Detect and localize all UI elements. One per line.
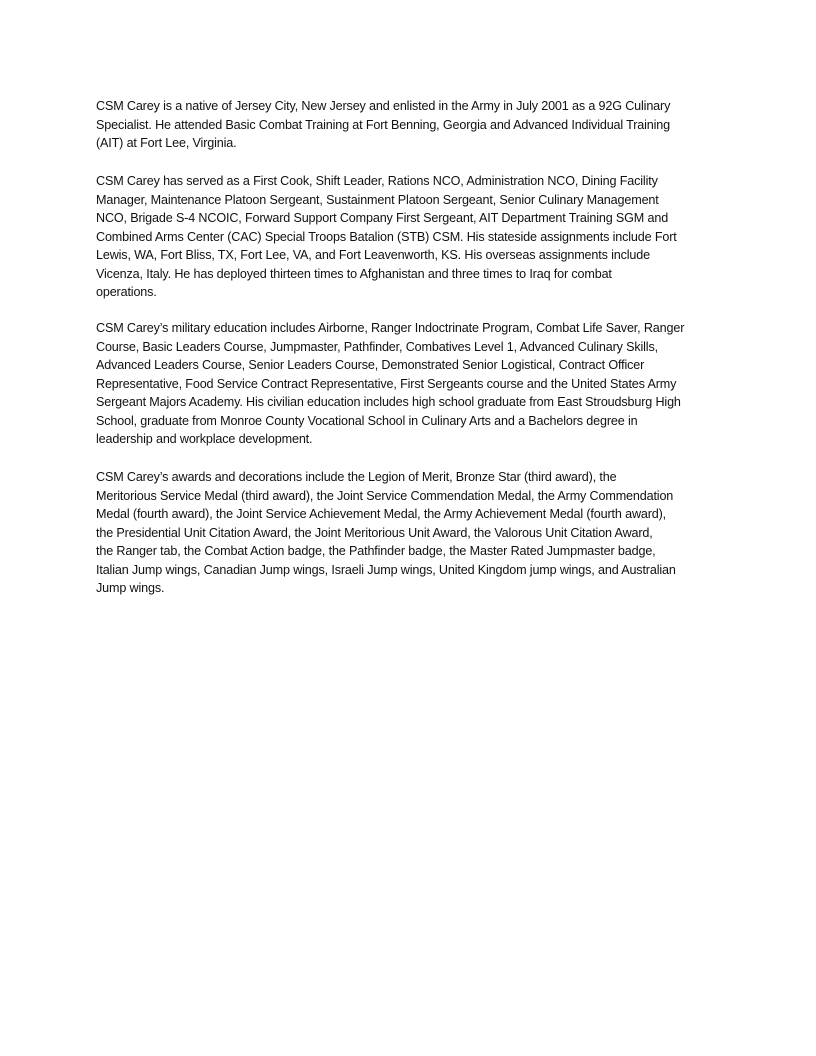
- text-line: CSM Carey is a native of Jersey City, Ne…: [96, 97, 736, 116]
- text-line: Lewis, WA, Fort Bliss, TX, Fort Lee, VA,…: [96, 246, 736, 265]
- paragraph-awards: CSM Carey’s awards and decorations inclu…: [96, 468, 736, 598]
- text-line: Sergeant Majors Academy. His civilian ed…: [96, 393, 736, 412]
- text-line: Manager, Maintenance Platoon Sergeant, S…: [96, 191, 736, 210]
- text-line: leadership and workplace development.: [96, 430, 736, 449]
- text-line: Representative, Food Service Contract Re…: [96, 375, 736, 394]
- text-line: Vicenza, Italy. He has deployed thirteen…: [96, 265, 736, 284]
- paragraph-background: CSM Carey is a native of Jersey City, Ne…: [96, 97, 736, 153]
- text-line: CSM Carey has served as a First Cook, Sh…: [96, 172, 736, 191]
- text-line: Meritorious Service Medal (third award),…: [96, 487, 736, 506]
- text-line: the Ranger tab, the Combat Action badge,…: [96, 542, 736, 561]
- paragraph-assignments: CSM Carey has served as a First Cook, Sh…: [96, 172, 736, 302]
- text-line: Combined Arms Center (CAC) Special Troop…: [96, 228, 736, 247]
- text-line: CSM Carey’s military education includes …: [96, 319, 736, 338]
- paragraph-education: CSM Carey’s military education includes …: [96, 319, 736, 449]
- text-line: Specialist. He attended Basic Combat Tra…: [96, 116, 736, 135]
- text-line: operations.: [96, 283, 736, 302]
- document-page: CSM Carey is a native of Jersey City, Ne…: [0, 0, 816, 1056]
- text-line: School, graduate from Monroe County Voca…: [96, 412, 736, 431]
- text-line: Medal (fourth award), the Joint Service …: [96, 505, 736, 524]
- text-line: CSM Carey’s awards and decorations inclu…: [96, 468, 736, 487]
- text-line: (AIT) at Fort Lee, Virginia.: [96, 134, 736, 153]
- text-line: NCO, Brigade S-4 NCOIC, Forward Support …: [96, 209, 736, 228]
- text-line: Jump wings.: [96, 579, 736, 598]
- text-line: Advanced Leaders Course, Senior Leaders …: [96, 356, 736, 375]
- text-line: Italian Jump wings, Canadian Jump wings,…: [96, 561, 736, 580]
- text-line: the Presidential Unit Citation Award, th…: [96, 524, 736, 543]
- text-line: Course, Basic Leaders Course, Jumpmaster…: [96, 338, 736, 357]
